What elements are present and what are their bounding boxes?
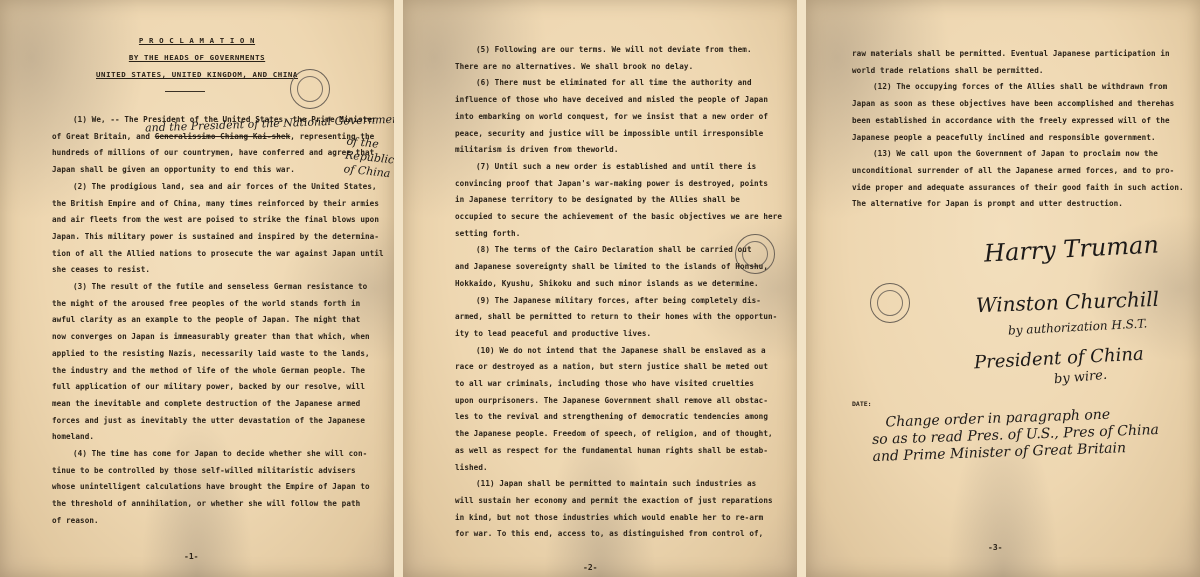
typed-line: vide proper and adequate assurances of t… [852, 180, 1148, 197]
handwritten-change-note: Change order in paragraph one so as to r… [871, 405, 1160, 466]
typed-line: homeland. [52, 429, 348, 446]
typed-line: Japan shall be given an opportunity to e… [52, 162, 348, 179]
typed-line: (2) The prodigious land, sea and air for… [52, 179, 348, 196]
typed-line: in Japanese territory to be designated b… [455, 192, 751, 209]
page-1-body: (1) We, -- The President of the United S… [52, 112, 348, 530]
typed-line: armed, shall be permitted to return to t… [455, 309, 751, 326]
typed-line: the British Empire and of China, many ti… [52, 196, 348, 213]
typed-line: (9) The Japanese military forces, after … [455, 293, 751, 310]
typed-line: whose unintelligent calculations have br… [52, 479, 348, 496]
typed-line: and air fleets from the west are poised … [52, 212, 348, 229]
page-number: -2- [583, 563, 597, 572]
typed-line: the might of the aroused free peoples of… [52, 296, 348, 313]
page-gap [394, 0, 403, 577]
typed-line: into embarking on world conquest, for we… [455, 109, 751, 126]
typed-line: been established in accordance with the … [852, 113, 1148, 130]
signature-churchill: Winston Churchill [976, 287, 1160, 317]
typed-line: ity to lead peaceful and productive live… [455, 326, 751, 343]
typed-line: Japan. This military power is sustained … [52, 229, 348, 246]
page-number: -3- [988, 543, 1002, 552]
typed-line: (3) The result of the futile and sensele… [52, 279, 348, 296]
typed-line: in kind, but not those industries which … [455, 510, 751, 527]
archive-stamp-icon: HARRY S. TRUMAN LIBRARY NATIONAL ARCHIVE… [290, 69, 330, 109]
signature-authorization-note: by authorization H.S.T. [1008, 316, 1148, 337]
typed-line: setting forth. [455, 226, 751, 243]
typed-line: (7) Until such a new order is establishe… [455, 159, 751, 176]
signature-china: President of China [974, 344, 1145, 374]
typed-line: applied to the resisting Nazis, necessar… [52, 346, 348, 363]
typed-line: (6) There must be eliminated for all tim… [455, 75, 751, 92]
typed-line: unconditional surrender of all the Japan… [852, 163, 1148, 180]
typed-line: (5) Following are our terms. We will not… [455, 42, 751, 59]
typed-line: The alternative for Japan is prompt and … [852, 196, 1148, 213]
typed-line: race or destroyed as a nation, but stern… [455, 359, 751, 376]
typed-line: There are no alternatives. We shall broo… [455, 59, 751, 76]
typed-line: peace, security and justice will be impo… [455, 126, 751, 143]
typed-line: mean the inevitable and complete destruc… [52, 396, 348, 413]
document-page-2: (5) Following are our terms. We will not… [403, 0, 797, 577]
proclamation-subtitle: BY THE HEADS OF GOVERNMENTS [0, 53, 394, 62]
page-gap [797, 0, 806, 577]
typed-line: tion of all the Allied nations to prosec… [52, 246, 348, 263]
typed-line: awful clarity as an example to the peopl… [52, 312, 348, 329]
typed-line: the industry and the method of life of t… [52, 363, 348, 380]
typed-line: lished. [455, 460, 751, 477]
typed-line: world trade relations shall be permitted… [852, 63, 1148, 80]
typed-line: upon ourprisoners. The Japanese Governme… [455, 393, 751, 410]
typed-line: as well as respect for the fundamental h… [455, 443, 751, 460]
typed-line: Hokkaido, Kyushu, Shikoku and such minor… [455, 276, 751, 293]
typed-line: for war. To this end, access to, as dist… [455, 526, 751, 543]
signature-by-wire: by wire. [1053, 368, 1107, 388]
typed-line: and Japanese sovereignty shall be limite… [455, 259, 751, 276]
typed-line: (4) The time has come for Japan to decid… [52, 446, 348, 463]
typed-line: (8) The terms of the Cairo Declaration s… [455, 242, 751, 259]
proclamation-parties: UNITED STATES, UNITED KINGDOM, AND CHINA [0, 70, 394, 79]
typed-line: influence of those who have deceived and… [455, 92, 751, 109]
typed-line: full application of our military power, … [52, 379, 348, 396]
typed-line: will sustain her economy and permit the … [455, 493, 751, 510]
page-number: -1- [184, 552, 198, 561]
archive-stamp-icon [870, 283, 910, 323]
typed-line: les to the revival and strengthening of … [455, 409, 751, 426]
typed-line: (11) Japan shall be permitted to maintai… [455, 476, 751, 493]
typed-line: forces and just as inevitably the utter … [52, 413, 348, 430]
document-page-1: P R O C L A M A T I O N BY THE HEADS OF … [0, 0, 394, 577]
typed-line: tinue to be controlled by those self-wil… [52, 463, 348, 480]
typed-line: (13) We call upon the Government of Japa… [852, 146, 1148, 163]
typed-line: now converges on Japan is immeasurably g… [52, 329, 348, 346]
proclamation-title: P R O C L A M A T I O N [0, 36, 394, 45]
date-label: DATE: [852, 400, 872, 408]
typed-line: (10) We do not intend that the Japanese … [455, 343, 751, 360]
typed-line: the Japanese people. Freedom of speech, … [455, 426, 751, 443]
typed-line: convincing proof that Japan's war-making… [455, 176, 751, 193]
page-2-body: (5) Following are our terms. We will not… [455, 42, 751, 543]
signature-truman: Harry Truman [983, 230, 1159, 267]
typed-line: the threshold of annihilation, or whethe… [52, 496, 348, 513]
typed-line: Japanese people a peacefully inclined an… [852, 130, 1148, 147]
typed-line: to all war criminals, including those wh… [455, 376, 751, 393]
typed-line: Japan as soon as these objectives have b… [852, 96, 1148, 113]
typed-line: occupied to secure the achievement of th… [455, 209, 751, 226]
typed-line: hundreds of millions of our countrymen, … [52, 145, 348, 162]
typed-line: raw materials shall be permitted. Eventu… [852, 46, 1148, 63]
typed-line: militarism is driven from theworld. [455, 142, 751, 159]
title-divider [165, 91, 205, 92]
document-page-3: raw materials shall be permitted. Eventu… [806, 0, 1200, 577]
page-3-body: raw materials shall be permitted. Eventu… [852, 46, 1148, 213]
handwritten-margin-note: of the Republic of China [343, 135, 394, 182]
typed-line: (12) The occupying forces of the Allies … [852, 79, 1148, 96]
typed-line: of reason. [52, 513, 348, 530]
typed-line: she ceases to resist. [52, 262, 348, 279]
